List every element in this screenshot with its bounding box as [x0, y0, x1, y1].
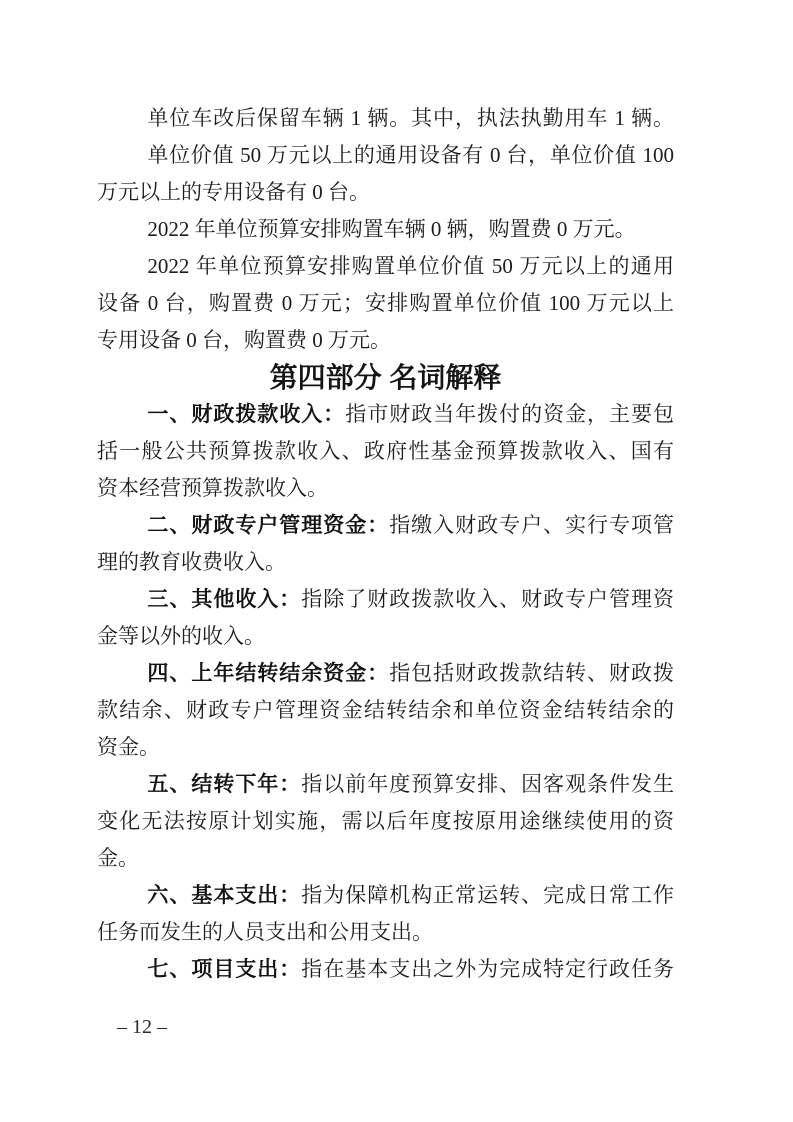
- text-line: 理的教育收费收入。: [97, 544, 674, 581]
- line-text: 指在基本支出之外为完成特定行政任务: [301, 957, 674, 981]
- text-line: 资本经营预算拨款收入。: [97, 470, 674, 507]
- line-text: 资金。: [97, 735, 160, 759]
- term-label: 二、财政专户管理资金：: [147, 514, 389, 537]
- line-text: 指为保障机构正常运转、完成日常工作: [301, 883, 674, 907]
- term-label: 第四部分 名词解释: [270, 362, 502, 393]
- line-text: 2022 年单位预算安排购置单位价值 50 万元以上的通用: [147, 254, 674, 278]
- line-text: 指包括财政拨款结转、财政拨: [389, 661, 674, 685]
- text-line: 金等以外的收入。: [97, 618, 674, 655]
- line-text: 变化无法按原计划实施，需以后年度按原用途继续使用的资: [97, 809, 674, 833]
- text-line: 五、结转下年：指以前年度预算安排、因客观条件发生: [97, 766, 674, 803]
- line-text: 任务而发生的人员支出和公用支出。: [97, 920, 433, 944]
- text-line: 专用设备 0 台，购置费 0 万元。: [97, 322, 674, 359]
- term-label: 七、项目支出：: [147, 958, 301, 981]
- line-text: 指除了财政拨款收入、财政专户管理资: [301, 587, 674, 611]
- line-text: 资本经营预算拨款收入。: [97, 476, 328, 500]
- document-page: 单位车改后保留车辆 1 辆。其中，执法执勤用车 1 辆。单位价值 50 万元以上…: [0, 0, 793, 1122]
- text-line: 三、其他收入：指除了财政拨款收入、财政专户管理资: [97, 581, 674, 618]
- text-line: 二、财政专户管理资金：指缴入财政专户、实行专项管: [97, 507, 674, 544]
- line-text: 单位价值 50 万元以上的通用设备有 0 台，单位价值 100: [147, 143, 674, 167]
- text-line: 资金。: [97, 729, 674, 766]
- text-line: 万元以上的专用设备有 0 台。: [97, 174, 674, 211]
- text-line: 2022 年单位预算安排购置单位价值 50 万元以上的通用: [97, 248, 674, 285]
- text-line: 设备 0 台，购置费 0 万元；安排购置单位价值 100 万元以上: [97, 285, 674, 322]
- document-body: 单位车改后保留车辆 1 辆。其中，执法执勤用车 1 辆。单位价值 50 万元以上…: [97, 100, 674, 988]
- line-text: 款结余、财政专户管理资金结转结余和单位资金结转结余的: [97, 698, 674, 722]
- line-text: 指以前年度预算安排、因客观条件发生: [301, 772, 674, 796]
- text-line: 括一般公共预算拨款收入、政府性基金预算拨款收入、国有: [97, 433, 674, 470]
- text-line: 变化无法按原计划实施，需以后年度按原用途继续使用的资: [97, 803, 674, 840]
- line-text: 万元以上的专用设备有 0 台。: [97, 180, 370, 204]
- term-label: 五、结转下年：: [147, 773, 301, 796]
- text-line: 单位车改后保留车辆 1 辆。其中，执法执勤用车 1 辆。: [97, 100, 674, 137]
- line-text: 括一般公共预算拨款收入、政府性基金预算拨款收入、国有: [97, 439, 674, 463]
- text-line: 款结余、财政专户管理资金结转结余和单位资金结转结余的: [97, 692, 674, 729]
- line-text: 设备 0 台，购置费 0 万元；安排购置单位价值 100 万元以上: [97, 291, 674, 315]
- line-text: 单位车改后保留车辆 1 辆。其中，执法执勤用车 1 辆。: [147, 106, 674, 130]
- text-line: 金。: [97, 840, 674, 877]
- text-line: 四、上年结转结余资金：指包括财政拨款结转、财政拨: [97, 655, 674, 692]
- line-text: 金。: [97, 846, 139, 870]
- line-text: 金等以外的收入。: [97, 624, 265, 648]
- text-line: 单位价值 50 万元以上的通用设备有 0 台，单位价值 100: [97, 137, 674, 174]
- term-label: 一、财政拨款收入：: [147, 403, 345, 426]
- text-line: 任务而发生的人员支出和公用支出。: [97, 914, 674, 951]
- term-label: 四、上年结转结余资金：: [147, 662, 389, 685]
- text-line: 六、基本支出：指为保障机构正常运转、完成日常工作: [97, 877, 674, 914]
- text-line: 2022 年单位预算安排购置车辆 0 辆，购置费 0 万元。: [97, 211, 674, 248]
- line-text: 2022 年单位预算安排购置车辆 0 辆，购置费 0 万元。: [147, 217, 635, 241]
- line-text: 专用设备 0 台，购置费 0 万元。: [97, 328, 391, 352]
- line-text: 理的教育收费收入。: [97, 550, 286, 574]
- term-label: 三、其他收入：: [147, 588, 301, 611]
- page-number: – 12 –: [117, 1012, 167, 1042]
- line-text: 指缴入财政专户、实行专项管: [389, 513, 674, 537]
- line-text: 指市财政当年拨付的资金，主要包: [345, 402, 674, 426]
- section-heading: 第四部分 名词解释: [97, 359, 674, 396]
- term-label: 六、基本支出：: [147, 884, 301, 907]
- text-line: 七、项目支出：指在基本支出之外为完成特定行政任务: [97, 951, 674, 988]
- text-line: 一、财政拨款收入：指市财政当年拨付的资金，主要包: [97, 396, 674, 433]
